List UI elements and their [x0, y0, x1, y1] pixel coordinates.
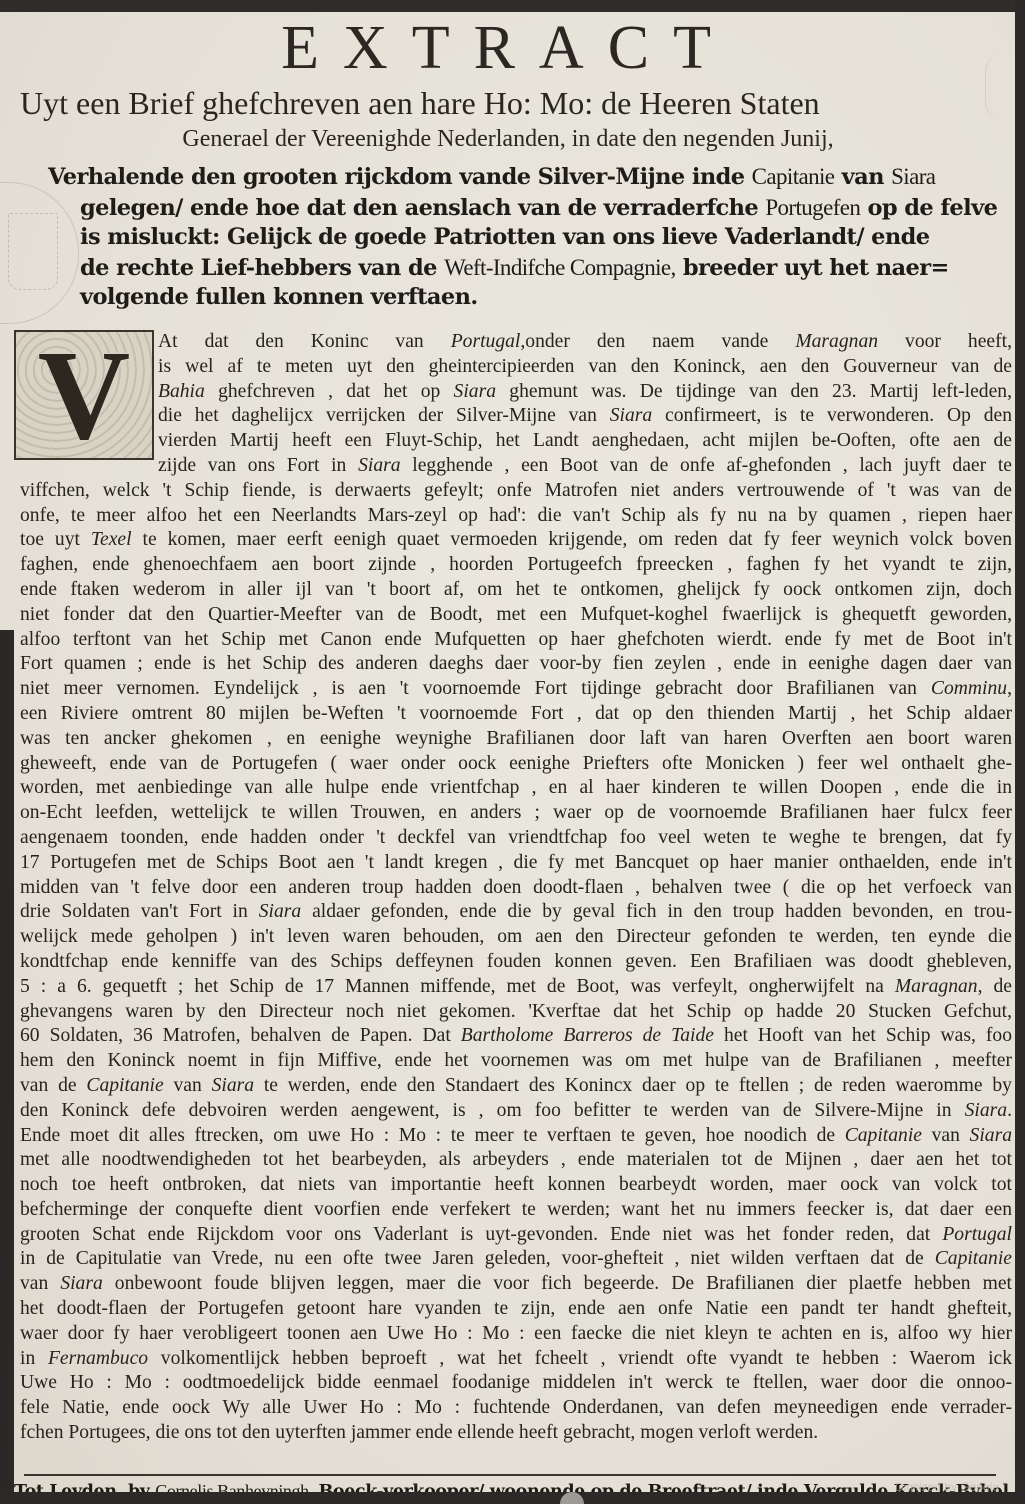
body-line: het doodt-flaen der Portugefen getoont h… [20, 1297, 1012, 1322]
body-line: met alle noodtwendigheden tot het bearbe… [20, 1148, 1012, 1173]
body-line: gheweeft, ende van de Portugefen ( waer … [20, 752, 1012, 777]
body-line: noch toe heeft ontbroken, dat niets van … [20, 1173, 1012, 1198]
body-line: kondtfchap ende kenniffe van des Schips … [20, 950, 1012, 975]
body-line: was ten ancker ghekomen , en eenighe wey… [20, 727, 1012, 752]
body-line: ende ftaken wederom in aller ijl van 't … [20, 578, 1012, 603]
body-line: worden, met aenbiedinge van alle hulpe e… [20, 776, 1012, 801]
subtitle-line-1: Uyt een Brief ghefchreven aen hare Ho: M… [20, 84, 1020, 122]
body-line: is wel af te meten uyt den gheintercipie… [20, 355, 1012, 380]
document-page: EXTRACT Uyt een Brief ghefchreven aen ha… [0, 12, 1016, 1496]
scan-left-edge [0, 630, 14, 1504]
document-title: EXTRACT [0, 20, 1016, 76]
body-line: niet fonder dat den Quartier-Meefter van… [20, 603, 1012, 628]
summary-line: Verhalende den grooten rijckdom vande Si… [48, 162, 1013, 193]
summary-line: volgende fullen konnen verftaen. [48, 283, 1013, 313]
body-line: 17 Portugefen met de Schips Boot aen 't … [20, 851, 1012, 876]
body-line: on-Echt leefden, wettelijck te willen Tr… [20, 801, 1012, 826]
body-line: grooten Schat ende Rijckdom voor ons Vad… [20, 1223, 1012, 1248]
body-line: van Siara onbewoont foude blijven leggen… [20, 1272, 1012, 1297]
summary-line: is misluckt: Gelijck de goede Patriotten… [48, 223, 1013, 253]
body-line: midden van 't felve door een anderen tro… [20, 876, 1012, 901]
body-line: ghevangens waren by den Directeur noch n… [20, 1000, 1012, 1025]
body-line: fchen Portugees, die ons tot den uyterft… [20, 1421, 1012, 1446]
body-line: den Koninck defe debvoiren werden aengew… [20, 1099, 1012, 1124]
body-line: waer door fy haer verobligeert toonen ae… [20, 1322, 1012, 1347]
body-line: niet meer vernomen. Eyndelijck , is aen … [20, 677, 1012, 702]
body-line: Bahia ghefchreven , dat het op Siara ghe… [20, 380, 1012, 405]
body-line: welijck mede geholpen ) in't leven waren… [20, 925, 1012, 950]
body-line: Uwe Ho : Mo : oodtmoedelijck bidde eenma… [20, 1371, 1012, 1396]
body-line: in de Capitulatie van Vrede, nu een ofte… [20, 1247, 1012, 1272]
body-line: At dat den Koninc van Portugal,onder den… [20, 330, 1012, 355]
body-line: aengenaem toonden, ende hadden onder 't … [20, 826, 1012, 851]
body-line: fele Natie, ende oock Wy alle Uwer Ho : … [20, 1396, 1012, 1421]
body-line: drie Soldaten van't Fort in Siara aldaer… [20, 900, 1012, 925]
summary-line: gelegen/ ende hoe dat den aenslach van d… [48, 193, 1013, 224]
body-line: 60 Soldaten, 36 Matrofen, behalven de Pa… [20, 1024, 1012, 1049]
body-line: alfoo terftont van het Schip met Canon e… [20, 628, 1012, 653]
body-line: van de Capitanie van Siara te werden, en… [20, 1074, 1012, 1099]
body-line: Fort quamen ; ende is het Schip des ande… [20, 652, 1012, 677]
summary-blackletter: Verhalende den grooten rijckdom vande Si… [48, 162, 1013, 313]
body-line: zijde van ons Fort in Siara legghende , … [20, 454, 1012, 479]
body-line: die het daghelijcx verrijcken der Silver… [20, 404, 1012, 429]
body-line: faghen, ende ghenoechfaem aen boort zijn… [20, 553, 1012, 578]
body-line: vierden Martij heeft een Fluyt-Schip, he… [20, 429, 1012, 454]
body-line: een Riviere omtrent 80 mijlen be-Weften … [20, 702, 1012, 727]
scan-right-edge [1015, 0, 1025, 1504]
body-line: in Fernambuco volkomentlijck hebben bepr… [20, 1347, 1012, 1372]
divider-rule [24, 1474, 996, 1476]
body-line: 5 : a 6. gequetft ; het Schip de 17 Mann… [20, 975, 1012, 1000]
summary-line: de rechte Lief-hebbers van de Weft-Indif… [48, 253, 1013, 284]
body-line: Ende moet dit alles ftrecken, om uwe Ho … [20, 1124, 1012, 1149]
body-line: befcherminge der conquefte dient voorfie… [20, 1198, 1012, 1223]
letter-body: At dat den Koninc van Portugal,onder den… [20, 330, 1012, 1446]
body-line: viffchen, welck 't Schip fiende, is derw… [20, 479, 1012, 504]
body-line: toe uyt Texel te komen, maer eerft eenig… [20, 528, 1012, 553]
subtitle-line-2: Generael der Vereenighde Nederlanden, in… [0, 125, 1016, 153]
body-line: hem den Koninck noemt in fijn Miffive, e… [20, 1049, 1012, 1074]
body-line: onfe, te meer alfoo het een Neerlandts M… [20, 504, 1012, 529]
scan-bottom-edge [0, 1492, 1025, 1504]
